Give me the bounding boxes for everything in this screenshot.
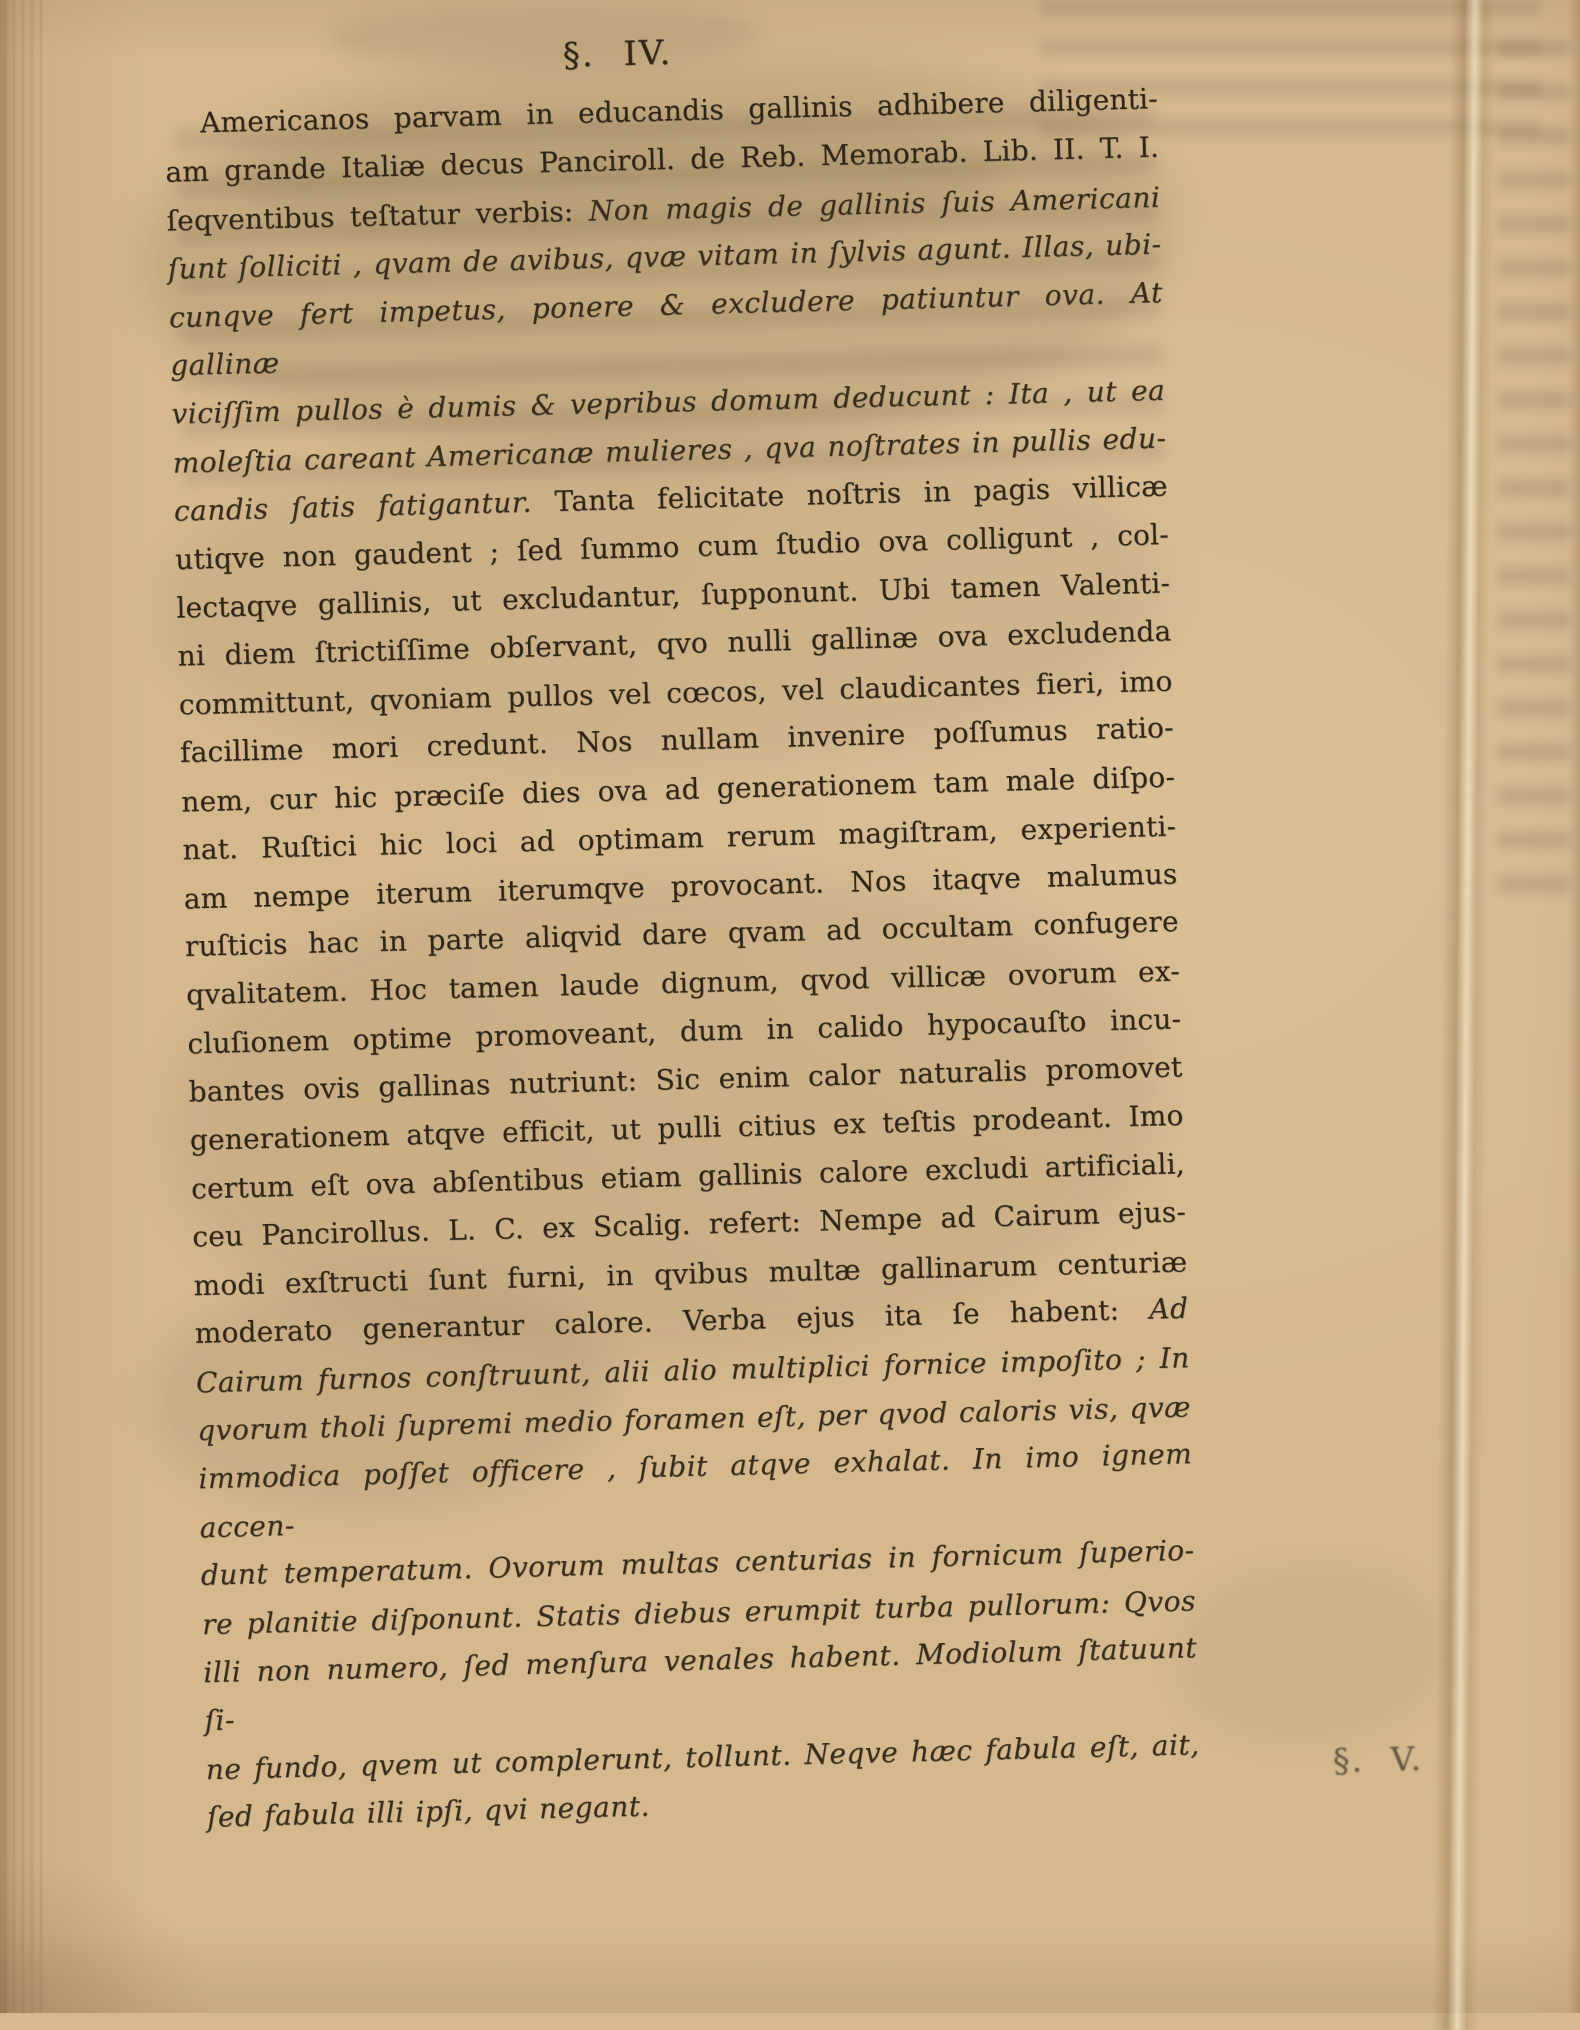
stain bbox=[1180, 1570, 1440, 1740]
gutter-crease-lines bbox=[4, 0, 46, 2013]
catchword-next-section: §. V. bbox=[1333, 1739, 1424, 1780]
italic-text-segment: candis ſatis fatigantur. bbox=[174, 485, 555, 528]
italic-text-segment: ſed fabula illi ipſi, qvi negant. bbox=[207, 1790, 651, 1834]
body-text: Americanos parvam in educandis gallinis … bbox=[164, 76, 1202, 1843]
italic-text-segment: immodica poſſet officere , ſubit atqve e… bbox=[198, 1438, 1193, 1545]
page-fold-crease bbox=[1433, 0, 1495, 2013]
roman-text-segment: ſeqventibus teſtatur verbis: bbox=[166, 194, 589, 237]
italic-text-segment: Ad bbox=[1149, 1292, 1189, 1326]
italic-text-segment: cunqve fert impetus, ponere & excludere … bbox=[169, 276, 1164, 383]
book-page: §. IV. Americanos parvam in educandis ga… bbox=[0, 0, 1580, 2013]
ink-bleedthrough bbox=[1498, 40, 1570, 920]
italic-text-segment: Non magis de gallinis ſuis Americani bbox=[588, 181, 1160, 228]
roman-text-segment: Tanta felicitate noſtris in pagis villic… bbox=[554, 470, 1168, 519]
italic-text-segment: illi non numero, ſed menſura venales hab… bbox=[203, 1631, 1198, 1738]
text-block: §. IV. Americanos parvam in educandis ga… bbox=[162, 14, 1201, 1843]
